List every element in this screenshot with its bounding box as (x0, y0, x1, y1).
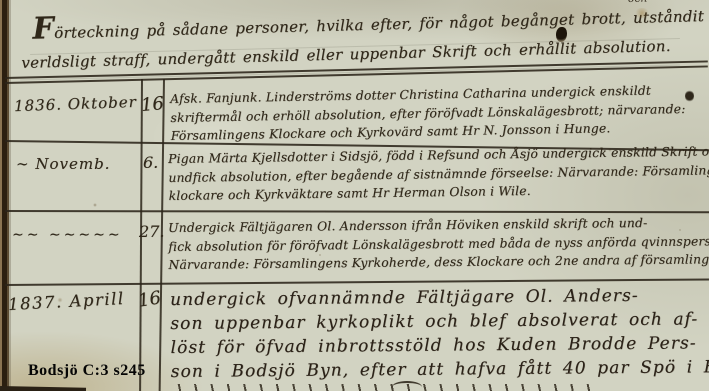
day-cell-row3: 27. (139, 222, 164, 241)
page-header: Förteckning på sådane personer, hvilka e… (18, 0, 704, 72)
partial-next-row-strokes (172, 384, 592, 391)
partial-next-row-flourish (392, 381, 422, 391)
entry-cell-row4: undergick ofvannämnde Fältjägare Ol. And… (170, 283, 706, 384)
day-cell-row4: 16 (136, 287, 162, 311)
paper-stain (634, 8, 650, 18)
day-cell-row1: 16 (140, 93, 165, 116)
day-cell-row2: 6. (143, 153, 158, 172)
ink-blot (685, 90, 694, 102)
archive-reference-label: Bodsjö C:3 s245 (28, 362, 146, 380)
date-cell-row2: ∼ Novemb. (16, 155, 110, 173)
date-cell-row4: 1837. Aprill (8, 289, 126, 314)
header-inserted-word: och (628, 0, 648, 5)
book-binding-edge (0, 0, 12, 391)
scanned-ledger-page: Förteckning på sådane personer, hvilka e… (0, 0, 709, 391)
entry-cell-row2: Pigan Märta Kjellsdotter i Sidsjö, född … (168, 142, 709, 205)
date-cell-row1: 1836. Oktober (14, 93, 137, 115)
page-bottom-shadow (0, 386, 86, 391)
entry-cell-row3: Undergick Fältjägaren Ol. Andersson ifrå… (168, 213, 709, 274)
entry-line: son i Bodsjö Byn, efter att hafva fått 4… (171, 355, 706, 384)
row-separator-2 (5, 210, 709, 213)
date-cell-row3-ditto-marks: ∼∼ ∼∼∼∼∼ (12, 227, 123, 243)
entry-cell-row1: Afsk. Fanjunk. Linderströms dotter Chris… (170, 81, 706, 146)
